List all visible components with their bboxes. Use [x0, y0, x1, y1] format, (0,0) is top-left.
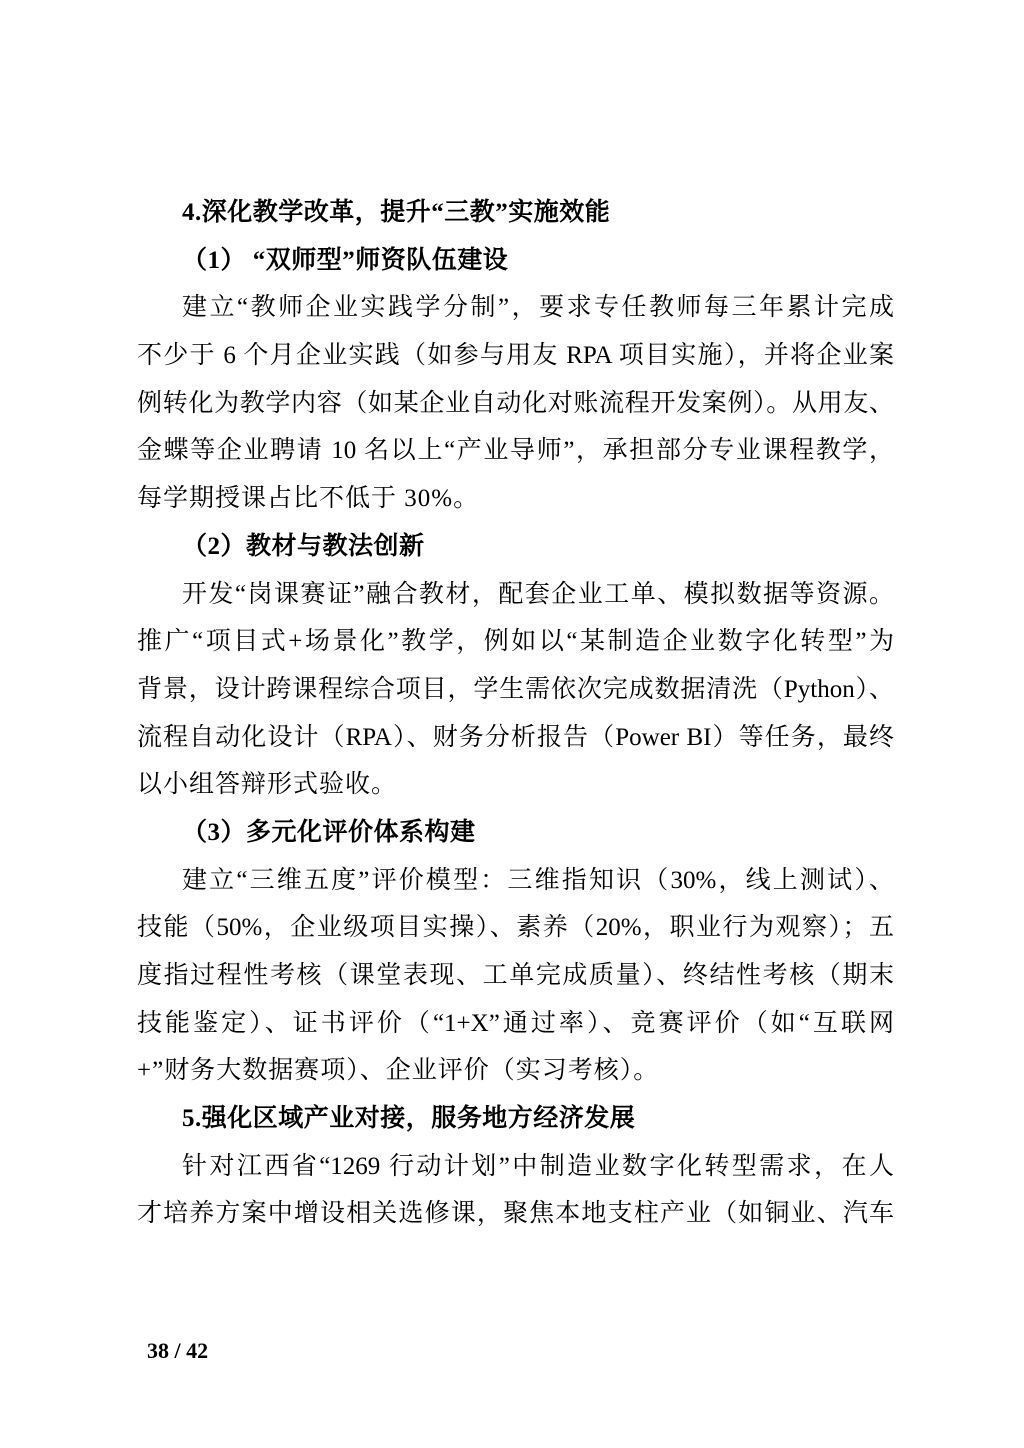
- body-text-line: 以小组答辩形式验收。: [137, 761, 894, 809]
- document-page: 4.深化教学改革，提升“三教”实施效能 （1） “双师型”师资队伍建设 建立“教…: [0, 0, 1024, 1448]
- body-text-line: 推广“项目式+场景化”教学，例如以“某制造企业数字化转型”为: [137, 618, 894, 666]
- body-text-line: 技能鉴定）、证书评价（“1+X”通过率）、竞赛评价（如“互联网: [137, 1000, 894, 1048]
- body-text-line: 不少于 6 个月企业实践（如参与用友 RPA 项目实施），并将企业案: [137, 332, 894, 380]
- body-text-line: 度指过程性考核（课堂表现、工单完成质量）、终结性考核（期末: [137, 952, 894, 1000]
- body-text-line: 针对江西省“1269 行动计划”中制造业数字化转型需求，在人: [137, 1143, 894, 1191]
- subsection-heading-3: （3）多元化评价体系构建: [137, 809, 894, 857]
- body-text-line: 建立“三维五度”评价模型：三维指知识（30%，线上测试）、: [137, 857, 894, 905]
- document-body: 4.深化教学改革，提升“三教”实施效能 （1） “双师型”师资队伍建设 建立“教…: [137, 189, 894, 1238]
- body-text-line: 背景，设计跨课程综合项目，学生需依次完成数据清洗（Python）、: [137, 666, 894, 714]
- body-text-line: 流程自动化设计（RPA）、财务分析报告（Power BI）等任务，最终: [137, 714, 894, 762]
- body-text-line: 金蝶等企业聘请 10 名以上“产业导师”，承担部分专业课程教学，: [137, 427, 894, 475]
- page-number-indicator: 38 / 42: [147, 1337, 208, 1365]
- body-text-line: +”财务大数据赛项）、企业评价（实习考核）。: [137, 1047, 894, 1095]
- body-text-line: 开发“岗课赛证”融合教材，配套企业工单、模拟数据等资源。: [137, 571, 894, 619]
- section-heading-4: 4.深化教学改革，提升“三教”实施效能: [137, 189, 894, 237]
- subsection-heading-2: （2）教材与教法创新: [137, 523, 894, 571]
- body-text-line: 建立“教师企业实践学分制”，要求专任教师每三年累计完成: [137, 284, 894, 332]
- body-text-line: 才培养方案中增设相关选修课，聚焦本地支柱产业（如铜业、汽车: [137, 1190, 894, 1238]
- section-heading-5: 5.强化区域产业对接，服务地方经济发展: [137, 1095, 894, 1143]
- body-text-line: 例转化为教学内容（如某企业自动化对账流程开发案例）。从用友、: [137, 380, 894, 428]
- body-text-line: 每学期授课占比不低于 30%。: [137, 475, 894, 523]
- body-text-line: 技能（50%，企业级项目实操）、素养（20%，职业行为观察）；五: [137, 904, 894, 952]
- subsection-heading-1: （1） “双师型”师资队伍建设: [137, 237, 894, 285]
